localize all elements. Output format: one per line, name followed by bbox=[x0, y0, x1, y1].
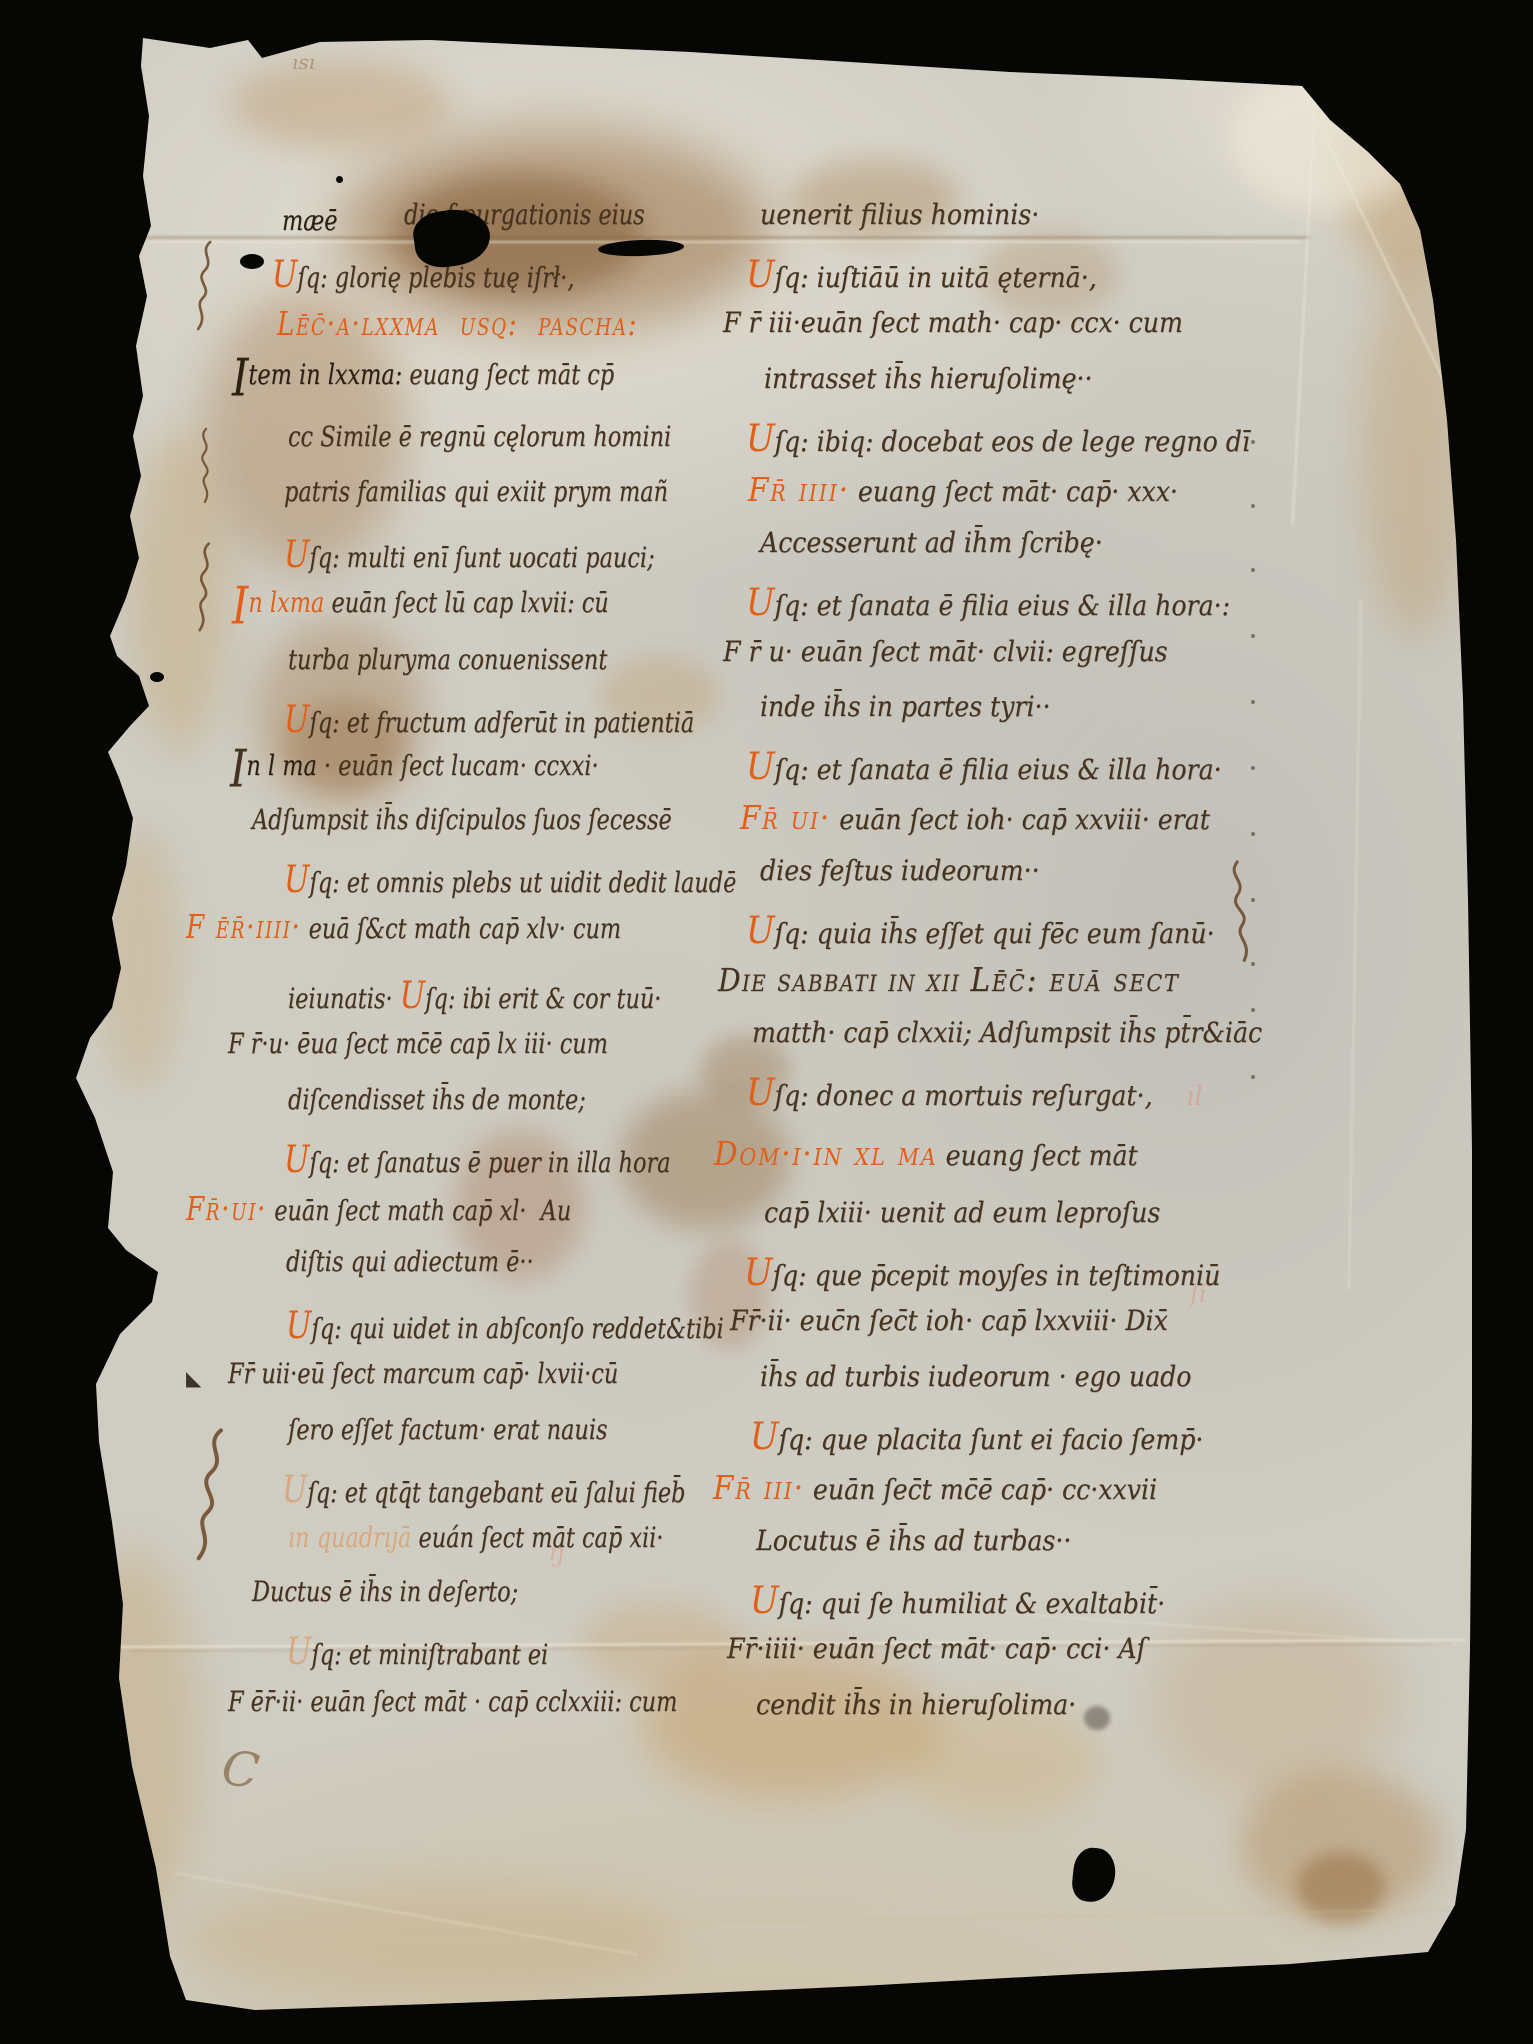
text-line: Fr̄ iiii· euang ſect māt· cap̄· xxx· bbox=[748, 472, 1178, 508]
ink-segment: F ēr̄·ii· euān ſect māt · cap̄ cclxxiii:… bbox=[228, 1685, 677, 1718]
text-line: intrasset ih̄s hieruſolimę·· bbox=[764, 364, 1093, 395]
rubric-segment: n lxma bbox=[248, 586, 324, 619]
text-line: Uſq: et ſanata ē filia eius & illa hora· bbox=[746, 746, 1222, 788]
text-line: Uſq: qui ſe humiliat & exaltabit̄· bbox=[750, 1580, 1165, 1622]
text-line: diſcendisset ih̄s de monte; bbox=[288, 1085, 586, 1116]
ink-segment: Fr̄·iiii· euān ſect māt· cap̄· cci· Aſ bbox=[727, 1632, 1146, 1665]
rubric-segment: ın quadrıȷā bbox=[288, 1521, 418, 1554]
pen-mark: C bbox=[218, 1740, 262, 1801]
text-line: F ēr̄·ii· euān ſect māt · cap̄ cclxxiii:… bbox=[228, 1687, 677, 1718]
text-line: Lēc̄·a·lxxma uſq: paſcha: bbox=[277, 306, 638, 342]
ink-segment: cap̄ lxiii· uenit ad eum leproſus bbox=[764, 1196, 1160, 1229]
rubric-segment: Dom·i·in xl ma bbox=[714, 1135, 938, 1173]
pricking-hole bbox=[1251, 1008, 1255, 1012]
rubric-segment: U bbox=[286, 1629, 311, 1673]
text-line: Locutus ē ih̄s ad turbas·· bbox=[756, 1526, 1071, 1557]
rubric-segment: U bbox=[284, 697, 309, 741]
ink-segment: ſq: et miniſtrabant ei bbox=[311, 1638, 548, 1671]
text-line: Die sabbati in xii Lēc̄: euā ſect bbox=[718, 962, 1180, 998]
ink-segment: · euān ſect lucam· ccxxi· bbox=[324, 749, 599, 782]
ink-segment: ſq: iuſtiāū in uitā ęternā·, bbox=[775, 261, 1097, 294]
rubric-segment: U bbox=[750, 1578, 779, 1622]
ink-segment: inde ih̄s in partes tyri·· bbox=[760, 690, 1051, 723]
text-line: Uſq: et miniſtrabant ei bbox=[286, 1631, 548, 1673]
pricking-hole bbox=[1251, 440, 1255, 444]
text-line: In lxma euān ſect lū cap lxvii: cū bbox=[232, 588, 609, 619]
text-line: Uſq: que p̄cepit moyſes in teſtimoniū bbox=[744, 1252, 1220, 1294]
ink-segment: Die sabbati in xii bbox=[718, 963, 971, 999]
ink-segment: ſq: ibi erit & cor tuū· bbox=[425, 982, 661, 1015]
text-line: Item in lxxma: euang ſect māt cp̄ bbox=[232, 360, 614, 391]
text-line: Fr̄·iiii· euān ſect māt· cap̄· cci· Aſ bbox=[727, 1634, 1146, 1665]
stain bbox=[1084, 1706, 1110, 1730]
rubric-segment: U bbox=[746, 908, 775, 952]
rubric-segment: U bbox=[284, 1137, 309, 1181]
ink-segment: ſq: multi enī ſunt uocati pauci; bbox=[309, 541, 654, 574]
text-line: ieiunatis· Uſq: ibi erit & cor tuū· bbox=[288, 975, 661, 1017]
pricking-hole bbox=[1251, 832, 1255, 836]
text-line: Uſq: et ſanata ē filia eius & illa hora·… bbox=[746, 582, 1230, 624]
text-line: Uſq: et ſanatus ē puer in illa hora bbox=[284, 1139, 671, 1181]
text-line: mæē bbox=[282, 206, 338, 237]
ink-segment: euán ſect māt cap̄ xii· bbox=[418, 1521, 663, 1554]
stain bbox=[1150, 1600, 1400, 1800]
stain bbox=[180, 1880, 680, 2000]
ink-segment: Lēc̄: euā ſect bbox=[971, 961, 1180, 999]
text-line: turba pluryma conuenissent bbox=[288, 645, 607, 676]
pricking-hole bbox=[1251, 766, 1255, 770]
parchment-hole bbox=[112, 250, 118, 256]
ink-segment: ſq: que p̄cepit moyſes in teſtimoniū bbox=[773, 1259, 1221, 1292]
rubric-segment: U bbox=[746, 744, 775, 788]
pen-mark: ◣ bbox=[186, 1366, 201, 1390]
text-line: ih̄s ad turbis iudeorum · ego uado bbox=[760, 1362, 1191, 1393]
ink-segment: euān ſect math cap̄ xl· Au bbox=[267, 1194, 571, 1227]
text-line: dies feſtus iudeorum·· bbox=[760, 856, 1040, 887]
ink-segment: F r̄ u· euān ſect māt· clvii: egreſſus bbox=[723, 635, 1168, 668]
ink-segment: euān ſect lū cap lxvii: cū bbox=[324, 586, 608, 619]
text-line: Uſq: et omnis plebs ut uidit dedit laudē bbox=[284, 859, 736, 901]
text-line: ſero eſſet factum· erat nauis bbox=[288, 1415, 607, 1446]
parchment-hole bbox=[336, 176, 343, 183]
text-line: cendit ih̄s in hieruſolima· bbox=[756, 1690, 1076, 1721]
ink-segment: ſq: et omnis plebs ut uidit dedit laudē bbox=[309, 866, 736, 899]
stain bbox=[100, 830, 180, 1090]
text-line: Accesserunt ad ih̄m ſcribę· bbox=[760, 528, 1103, 559]
pen-mark: ısı bbox=[292, 50, 315, 74]
ink-segment: ieiunatis· bbox=[288, 982, 400, 1015]
ink-segment: euang ſect māt bbox=[938, 1139, 1138, 1172]
text-line: Uſq: que placita ſunt ei facio ſemp̄· bbox=[750, 1416, 1203, 1458]
ink-segment: ſq: que placita ſunt ei facio ſemp̄· bbox=[779, 1423, 1204, 1456]
text-line: Uſq: iuſtiāū in uitā ęternā·, bbox=[746, 254, 1097, 296]
text-line: F r̄·u· ēua ſect mc̄ē cap̄ lx iii· cum bbox=[228, 1029, 608, 1060]
ink-segment: euā ſ&ct math cap̄ xlv· cum bbox=[302, 912, 622, 945]
rubric-segment: Fr̄·ui· bbox=[186, 1190, 267, 1228]
parchment-hole bbox=[240, 254, 264, 269]
ink-segment: patris familias qui exiit prym mañ bbox=[284, 475, 668, 508]
ink-segment: ſq: et ſanatus ē puer in illa hora bbox=[309, 1146, 670, 1179]
ink-segment: ſq: donec a mortuis reſurgat·, bbox=[775, 1079, 1153, 1112]
manuscript-page: Cısı◣ıltŋſi mæēdie ſ purgationis eiusUſq… bbox=[0, 0, 1533, 2044]
text-line: Fr̄ iii· euān ſec̄t mc̄ē cap̄· cc·xxvii bbox=[713, 1470, 1157, 1506]
text-line: Uſq: donec a mortuis reſurgat·, bbox=[746, 1072, 1153, 1114]
text-line: F ēr̄·iiii· euā ſ&ct math cap̄ xlv· cum bbox=[186, 909, 621, 945]
crease bbox=[150, 241, 1300, 243]
rubric-segment: U bbox=[746, 1070, 775, 1114]
text-line: In l ma · euān ſect lucam· ccxxi· bbox=[230, 751, 599, 782]
ink-segment: F r̄·u· ēua ſect mc̄ē cap̄ lx iii· cum bbox=[228, 1027, 608, 1060]
ink-segment: ſq: quia ih̄s eſſet qui fēc eum ſanū· bbox=[775, 917, 1215, 950]
pen-mark: ıl bbox=[1186, 1082, 1203, 1112]
pricking-hole bbox=[1251, 634, 1255, 638]
ink-segment: intrasset ih̄s hieruſolimę·· bbox=[764, 362, 1093, 395]
text-line: F r̄ u· euān ſect māt· clvii: egreſſus bbox=[723, 637, 1168, 668]
text-line: Uſq: ibiq: docebat eos de lege regno dī bbox=[746, 418, 1250, 460]
rubric-segment: U bbox=[744, 1250, 773, 1294]
ink-segment: dies feſtus iudeorum·· bbox=[760, 854, 1040, 887]
ink-segment: cc Simile ē regnū cęlorum homini bbox=[288, 420, 671, 453]
text-line: cc Simile ē regnū cęlorum homini bbox=[288, 422, 671, 453]
parchment-hole bbox=[92, 252, 101, 261]
ink-segment: Accesserunt ad ih̄m ſcribę· bbox=[760, 526, 1103, 559]
rubric-segment: F ēr̄·iiii· bbox=[186, 908, 302, 946]
ink-segment: Fr̄ uii·eū ſect marcum cap̄· lxvii·cū bbox=[228, 1357, 618, 1390]
ink-segment: diſtis qui adiectum ē·· bbox=[286, 1245, 534, 1278]
text-line: Adſumpsit ih̄s diſcipulos ſuos ſecessē bbox=[252, 805, 672, 836]
text-line: Uſq: et qtq̄t tangebant eū ſalui fieb̄ bbox=[282, 1469, 685, 1511]
ink-segment: n l ma bbox=[246, 749, 324, 782]
ink-segment: ſq: et ſanata ē filia eius & illa hora·: bbox=[775, 589, 1230, 622]
ink-segment: euang ſect māt· cap̄· xxx· bbox=[850, 475, 1178, 508]
rubric-segment: U bbox=[746, 416, 775, 460]
ink-segment: ſero eſſet factum· erat nauis bbox=[288, 1413, 607, 1446]
text-line: uenerit filius hominis· bbox=[760, 200, 1039, 231]
rubric-segment: U bbox=[284, 857, 309, 901]
ink-segment: uenerit filius hominis· bbox=[760, 198, 1039, 231]
text-line: Uſq: qui uidet in abſconſo reddet&tibi bbox=[286, 1305, 724, 1347]
ink-segment: F r̄ iii·euān ſect math· cap· ccx· cum bbox=[723, 306, 1183, 339]
text-line: Fr̄·ui· euān ſect math cap̄ xl· Au bbox=[186, 1191, 571, 1227]
rubric-segment: U bbox=[284, 532, 309, 576]
ink-segment: ſq: et qtq̄t tangebant eū ſalui fieb̄ bbox=[307, 1476, 685, 1509]
ink-segment: I bbox=[230, 739, 246, 799]
text-line: inde ih̄s in partes tyri·· bbox=[760, 692, 1051, 723]
ink-segment: Ductus ē ih̄s in deſerto; bbox=[252, 1575, 518, 1608]
text-line: patris familias qui exiit prym mañ bbox=[284, 477, 668, 508]
ink-segment: Adſumpsit ih̄s diſcipulos ſuos ſecessē bbox=[252, 803, 672, 836]
ink-segment: ſq: qui ſe humiliat & exaltabit̄· bbox=[779, 1587, 1165, 1620]
rubric-segment: Fr̄ ui· bbox=[740, 799, 831, 837]
rubric-segment: U bbox=[286, 1303, 311, 1347]
rubric-segment: U bbox=[746, 580, 775, 624]
ink-segment: cendit ih̄s in hieruſolima· bbox=[756, 1688, 1076, 1721]
rubric-segment: Fr̄ iii· bbox=[713, 1469, 805, 1507]
pricking-hole bbox=[1251, 568, 1255, 572]
pricking-hole bbox=[1251, 1075, 1255, 1079]
text-line: Uſq: quia ih̄s eſſet qui fēc eum ſanū· bbox=[746, 910, 1215, 952]
ink-segment: diſcendisset ih̄s de monte; bbox=[288, 1083, 586, 1116]
text-line: Ductus ē ih̄s in deſerto; bbox=[252, 1577, 518, 1608]
ink-segment: euān ſec̄t mc̄ē cap̄· cc·xxvii bbox=[805, 1473, 1157, 1506]
text-line: matth· cap̄ clxxii; Adſumpsit ih̄s pt̄r&… bbox=[752, 1018, 1262, 1049]
ink-segment: ſq: et fructum adferūt in patientiā bbox=[309, 706, 694, 739]
ink-segment: Locutus ē ih̄s ad turbas·· bbox=[756, 1524, 1071, 1557]
ink-segment: ih̄s ad turbis iudeorum · ego uado bbox=[760, 1360, 1191, 1393]
ink-segment: I bbox=[232, 348, 248, 408]
text-line: Dom·i·in xl ma euang ſect māt bbox=[714, 1136, 1138, 1172]
text-line: Fr̄·ii· euc̄n ſec̄t ioh· cap̄ lxxviii· D… bbox=[730, 1306, 1168, 1337]
rubric-segment: Lēc̄·a·lxxma uſq: paſcha: bbox=[277, 305, 638, 343]
ink-segment: ſq: ibiq: docebat eos de lege regno dī bbox=[775, 425, 1250, 458]
text-line: Fr̄ ui· euān ſect ioh· cap̄ xxviii· erat bbox=[740, 800, 1210, 836]
rubric-segment: Fr̄ iiii· bbox=[748, 471, 850, 509]
quire-mark-flourish bbox=[191, 540, 214, 636]
rubric-segment: U bbox=[400, 973, 425, 1017]
stain bbox=[1360, 260, 1470, 640]
text-line: ın quadrıȷā euán ſect māt cap̄ xii· bbox=[288, 1523, 663, 1554]
text-line: cap̄ lxiii· uenit ad eum leproſus bbox=[764, 1198, 1160, 1229]
text-line: F r̄ iii·euān ſect math· cap· ccx· cum bbox=[723, 308, 1183, 339]
ink-segment: euang ſect māt cp̄ bbox=[402, 358, 614, 391]
pricking-hole bbox=[1251, 898, 1255, 902]
rubric-segment: U bbox=[272, 252, 297, 296]
pricking-hole bbox=[1251, 504, 1255, 508]
stain bbox=[130, 430, 230, 750]
text-line: Fr̄ uii·eū ſect marcum cap̄· lxvii·cū bbox=[228, 1359, 618, 1390]
parchment-hole bbox=[150, 672, 164, 682]
text-line: diſtis qui adiectum ē·· bbox=[286, 1247, 534, 1278]
photo-background: Cısı◣ıltŋſi mæēdie ſ purgationis eiusUſq… bbox=[0, 0, 1533, 2044]
ink-segment: euān ſect ioh· cap̄ xxviii· erat bbox=[831, 803, 1210, 836]
ink-segment: ſq: qui uidet in abſconſo reddet&tibi bbox=[311, 1312, 723, 1345]
stain bbox=[230, 60, 450, 150]
rubric-segment: U bbox=[746, 252, 775, 296]
rubric-segment: I bbox=[232, 576, 248, 636]
rubric-segment: U bbox=[282, 1467, 307, 1511]
text-line: Uſq: multi enī ſunt uocati pauci; bbox=[284, 534, 655, 576]
ink-segment: mæē bbox=[282, 204, 338, 237]
ink-segment: ſq: et ſanata ē filia eius & illa hora· bbox=[775, 753, 1222, 786]
ink-segment: matth· cap̄ clxxii; Adſumpsit ih̄s pt̄r&… bbox=[752, 1016, 1262, 1049]
ink-segment: turba pluryma conuenissent bbox=[288, 643, 607, 676]
ink-segment: tem in lxxma: bbox=[248, 358, 402, 391]
rubric-segment: U bbox=[750, 1414, 779, 1458]
ink-segment: Fr̄·ii· euc̄n ſec̄t ioh· cap̄ lxxviii· D… bbox=[730, 1304, 1168, 1337]
text-line: Uſq: et fructum adferūt in patientiā bbox=[284, 699, 694, 741]
pricking-hole bbox=[1251, 700, 1255, 704]
